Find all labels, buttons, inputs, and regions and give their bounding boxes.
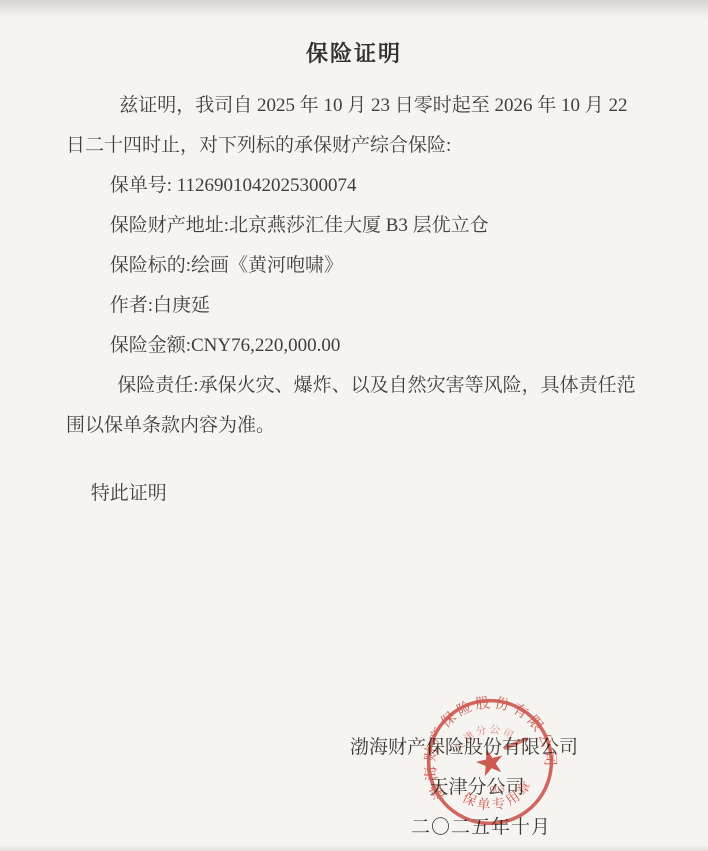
author-label: 作者	[110, 295, 148, 316]
insured-subject-line: 保险标的:绘画《黄河咆啸》	[66, 246, 666, 286]
author-line: 作者:白庚延	[66, 286, 666, 326]
document-title: 保险证明	[54, 40, 654, 68]
property-address-line: 保险财产地址:北京燕莎汇佳大厦 B3 层优立仓	[66, 206, 666, 246]
policy-number-label: 保单号	[110, 175, 167, 196]
liability-paragraph: 保险责任:承保火灾、爆炸、以及自然灾害等风险，具体责任范 围以保单条款内容为准。	[66, 366, 666, 446]
separator: :	[167, 175, 177, 196]
company-name: 渤海财产保险股份有限公司	[344, 728, 584, 768]
signature-block: 渤海财产保险股份有限公司 天津分公司 二〇二五年十月	[344, 728, 584, 848]
property-address-label: 保险财产地址	[110, 215, 224, 236]
insured-amount-value: CNY76,220,000.00	[191, 335, 340, 356]
issue-date: 二〇二五年十月	[361, 808, 601, 848]
policy-number-value: 1126901042025300074	[177, 175, 357, 196]
property-address-value: 北京燕莎汇佳大厦 B3 层优立仓	[229, 215, 489, 236]
insured-subject-label: 保险标的	[110, 255, 186, 276]
author-value: 白庚延	[153, 295, 210, 316]
document-body: 保险证明 兹证明，我司自 2025 年 10 月 23 日零时起至 2026 年…	[66, 0, 666, 514]
scanned-insurance-certificate: 保险证明 兹证明，我司自 2025 年 10 月 23 日零时起至 2026 年…	[0, 0, 708, 851]
insured-amount-label: 保险金额	[110, 335, 186, 356]
closing-statement: 特此证明	[66, 474, 666, 514]
intro-paragraph: 兹证明，我司自 2025 年 10 月 23 日零时起至 2026 年 10 月…	[66, 86, 666, 166]
policy-number-line: 保单号: 1126901042025300074	[66, 166, 666, 206]
branch-name: 天津分公司	[357, 768, 597, 808]
insured-subject-value: 绘画《黄河咆啸》	[191, 255, 343, 276]
insured-amount-line: 保险金额:CNY76,220,000.00	[66, 326, 666, 366]
